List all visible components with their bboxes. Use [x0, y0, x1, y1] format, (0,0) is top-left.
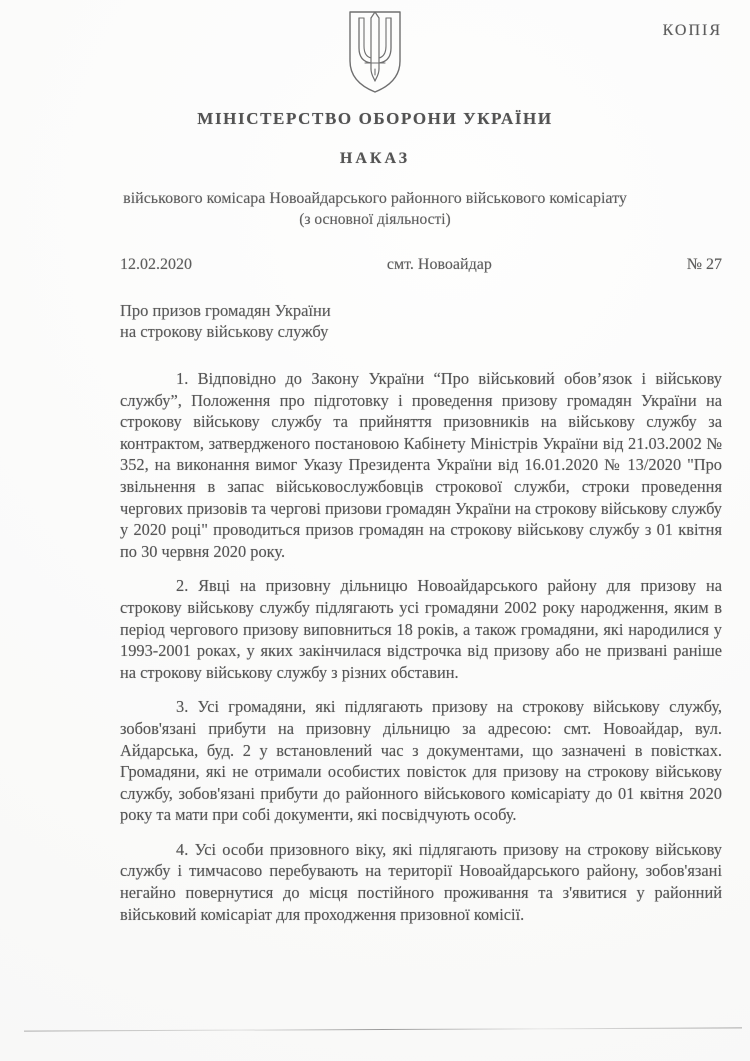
document-type-title: НАКАЗ — [0, 150, 750, 168]
issuer-line: військового комісара Новоайдарського рай… — [0, 190, 750, 208]
date-place-number-row: 12.02.2020 смт. Новоайдар № 27 — [120, 256, 722, 274]
ministry-title: МІНІСТЕРСТВО ОБОРОНИ УКРАЇНИ — [0, 109, 750, 129]
document-place: смт. Новоайдар — [387, 256, 492, 274]
subject-block: Про призов громадян України на строкову … — [120, 300, 722, 342]
subject-line-2: на строкову військову службу — [120, 321, 722, 342]
ukraine-trident-emblem — [345, 9, 405, 95]
paragraph-1: 1. Відповідно до Закону України “Про вій… — [120, 368, 722, 562]
document-header: МІНІСТЕРСТВО ОБОРОНИ УКРАЇНИ НАКАЗ війсь… — [0, 0, 750, 229]
issuer-activity-line: (з основної діяльності) — [0, 211, 750, 229]
subject-line-1: Про призов громадян України — [120, 300, 722, 321]
scanned-document-page: КОПІЯ МІНІСТЕРСТВО ОБОРОНИ УКРАЇ — [0, 0, 750, 1061]
copy-stamp-label: КОПІЯ — [663, 22, 722, 40]
paragraph-2: 2. Явці на призовну дільницю Новоайдарсь… — [120, 575, 722, 683]
document-body: 1. Відповідно до Закону України “Про вій… — [120, 368, 722, 925]
paragraph-3: 3. Усі громадяни, які підлягають призову… — [120, 696, 722, 826]
scan-artifact-line — [24, 1027, 742, 1032]
paragraph-4: 4. Усі особи призовного віку, які підляг… — [120, 839, 722, 925]
document-number: № 27 — [687, 256, 722, 274]
document-date: 12.02.2020 — [120, 256, 192, 274]
